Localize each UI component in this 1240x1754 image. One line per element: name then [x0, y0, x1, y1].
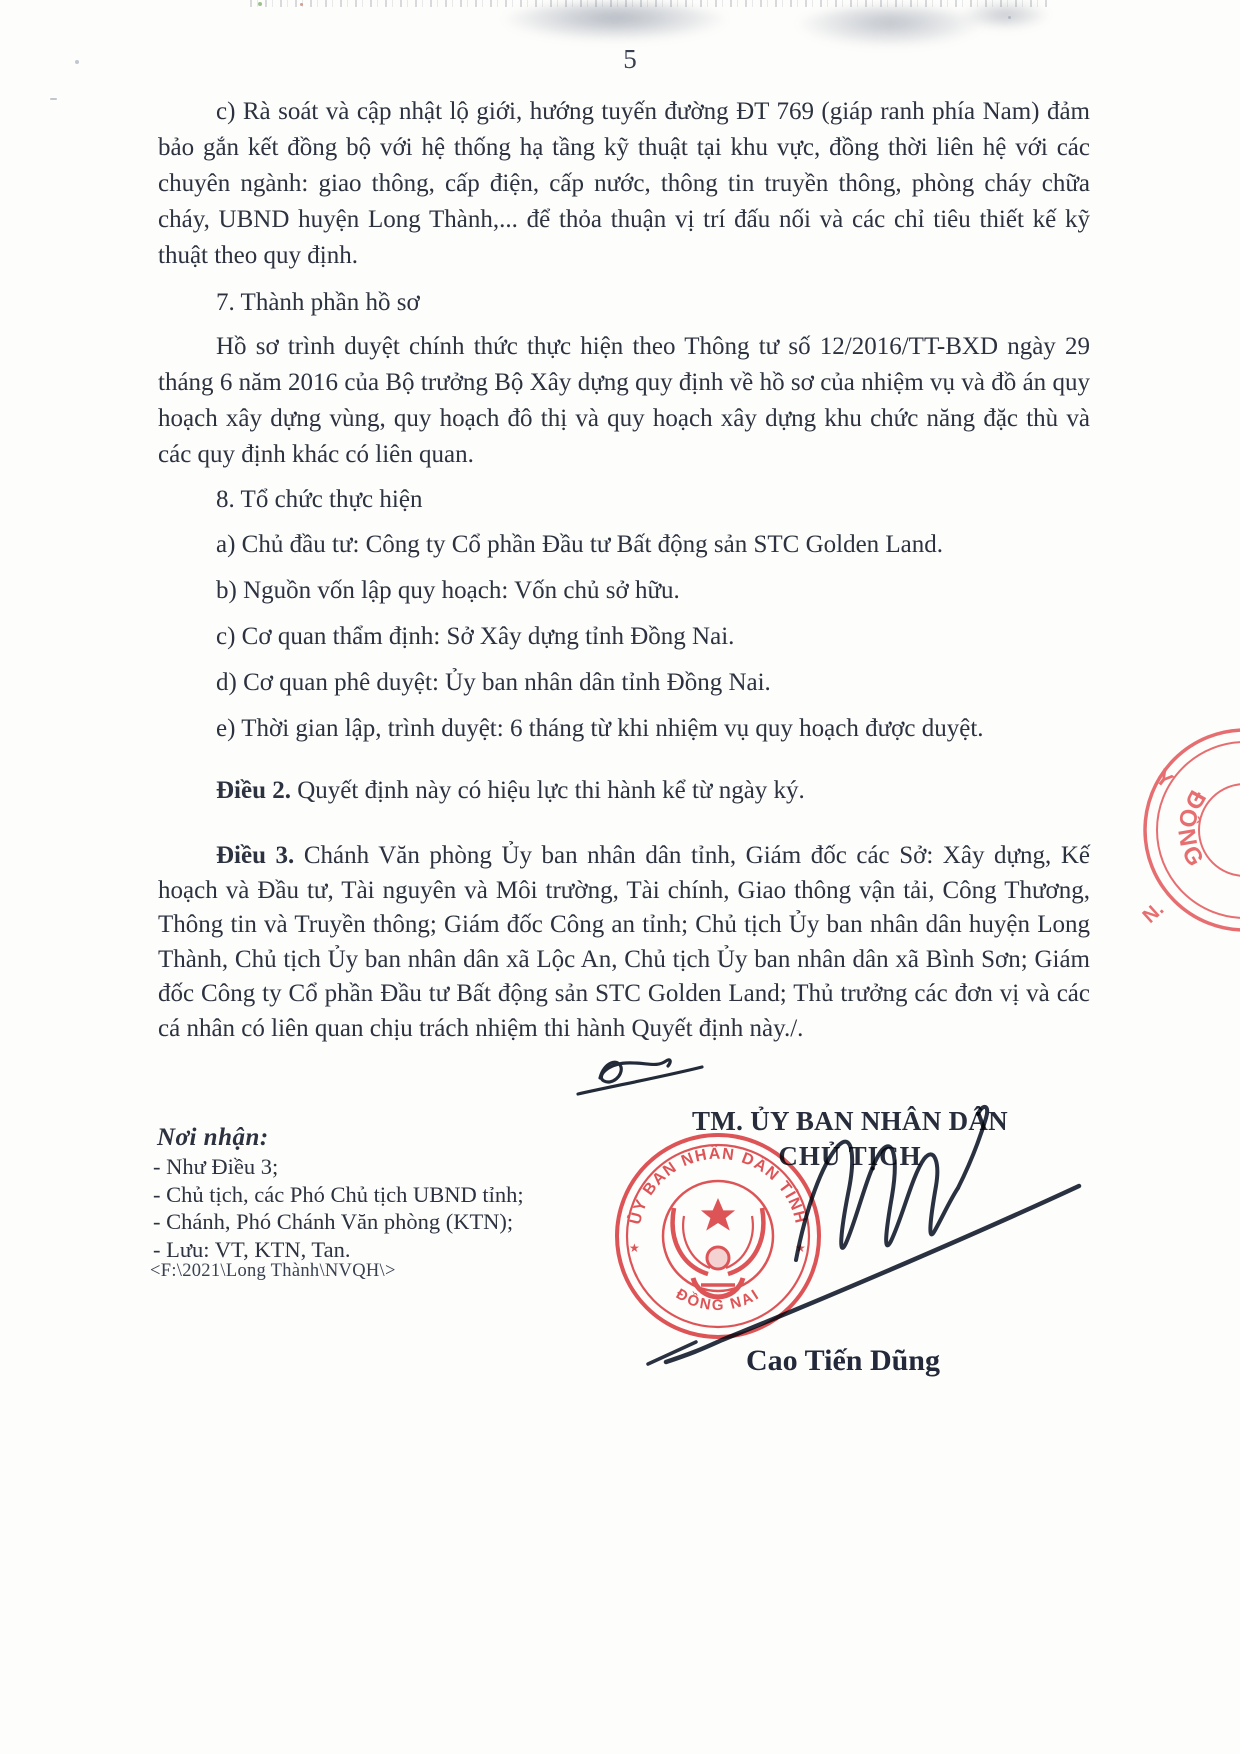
article-2-label: Điều 2.: [216, 777, 291, 804]
paragraph-section-7: Hồ sơ trình duyệt chính thức thực hiện t…: [158, 329, 1090, 473]
article-3-label: Điều 3.: [216, 842, 294, 869]
handwritten-signature: [600, 1080, 1140, 1380]
file-path-note: <F:\2021\Long Thành\NVQH\>: [150, 1261, 396, 1282]
list-item-b: b) Nguồn vốn lập quy hoạch: Vốn chủ sở h…: [158, 573, 1090, 609]
document-body: c) Rà soát và cập nhật lộ giới, hướng tu…: [158, 94, 1090, 1046]
scan-artifact-smudge: [960, 0, 1050, 30]
scan-speck: [1008, 16, 1011, 19]
recipient-line: - Lưu: VT, KTN, Tan.: [153, 1237, 350, 1263]
scan-speck: [258, 2, 262, 6]
edge-stamp-text: ĐỒNG: [1172, 786, 1211, 875]
signature-upstroke: [958, 1107, 987, 1188]
scan-speck: [50, 98, 57, 100]
signature-flourish: [666, 1186, 1079, 1362]
page-number: 5: [0, 44, 1240, 75]
section-heading-7: 7. Thành phần hồ sơ: [158, 285, 1090, 321]
recipient-line: - Chánh, Phó Chánh Văn phòng (KTN);: [153, 1209, 513, 1235]
scan-speck: [300, 3, 303, 6]
list-item-c: c) Cơ quan thẩm định: Sở Xây dựng tỉnh Đ…: [158, 619, 1090, 655]
article-3-text: Chánh Văn phòng Ủy ban nhân dân tỉnh, Gi…: [158, 842, 1090, 1042]
initial-stroke: [600, 1060, 670, 1082]
list-item-d: d) Cơ quan phê duyệt: Ủy ban nhân dân tỉ…: [158, 665, 1090, 701]
list-item-a: a) Chủ đầu tư: Công ty Cổ phần Đầu tư Bấ…: [158, 527, 1090, 563]
signature-loops: [796, 1142, 958, 1260]
article-2: Điều 2. Quyết định này có hiệu lực thi h…: [158, 773, 1090, 809]
scan-artifact-smudge: [500, 2, 730, 42]
scan-artifact-smudge: [795, 6, 985, 48]
document-page: 5 c) Rà soát và cập nhật lộ giới, hướng …: [0, 0, 1240, 1754]
signer-name: Cao Tiến Dũng: [593, 1344, 1093, 1378]
article-3: Điều 3. Chánh Văn phòng Ủy ban nhân dân …: [158, 839, 1090, 1046]
recipient-line: - Chủ tịch, các Phó Chủ tịch UBND tỉnh;: [153, 1182, 524, 1208]
paragraph-item-c: c) Rà soát và cập nhật lộ giới, hướng tu…: [158, 94, 1090, 274]
section-heading-8: 8. Tổ chức thực hiện: [158, 482, 1090, 518]
article-2-text: Quyết định này có hiệu lực thi hành kể t…: [291, 777, 805, 804]
recipients-title: Nơi nhận:: [157, 1124, 269, 1152]
edge-stamp: ĐỒNG Y N.: [1128, 692, 1240, 992]
recipient-line: - Như Điều 3;: [153, 1154, 278, 1180]
list-item-e: e) Thời gian lập, trình duyệt: 6 tháng t…: [158, 711, 1090, 747]
edge-stamp-fragment-bottom: N.: [1139, 898, 1169, 928]
